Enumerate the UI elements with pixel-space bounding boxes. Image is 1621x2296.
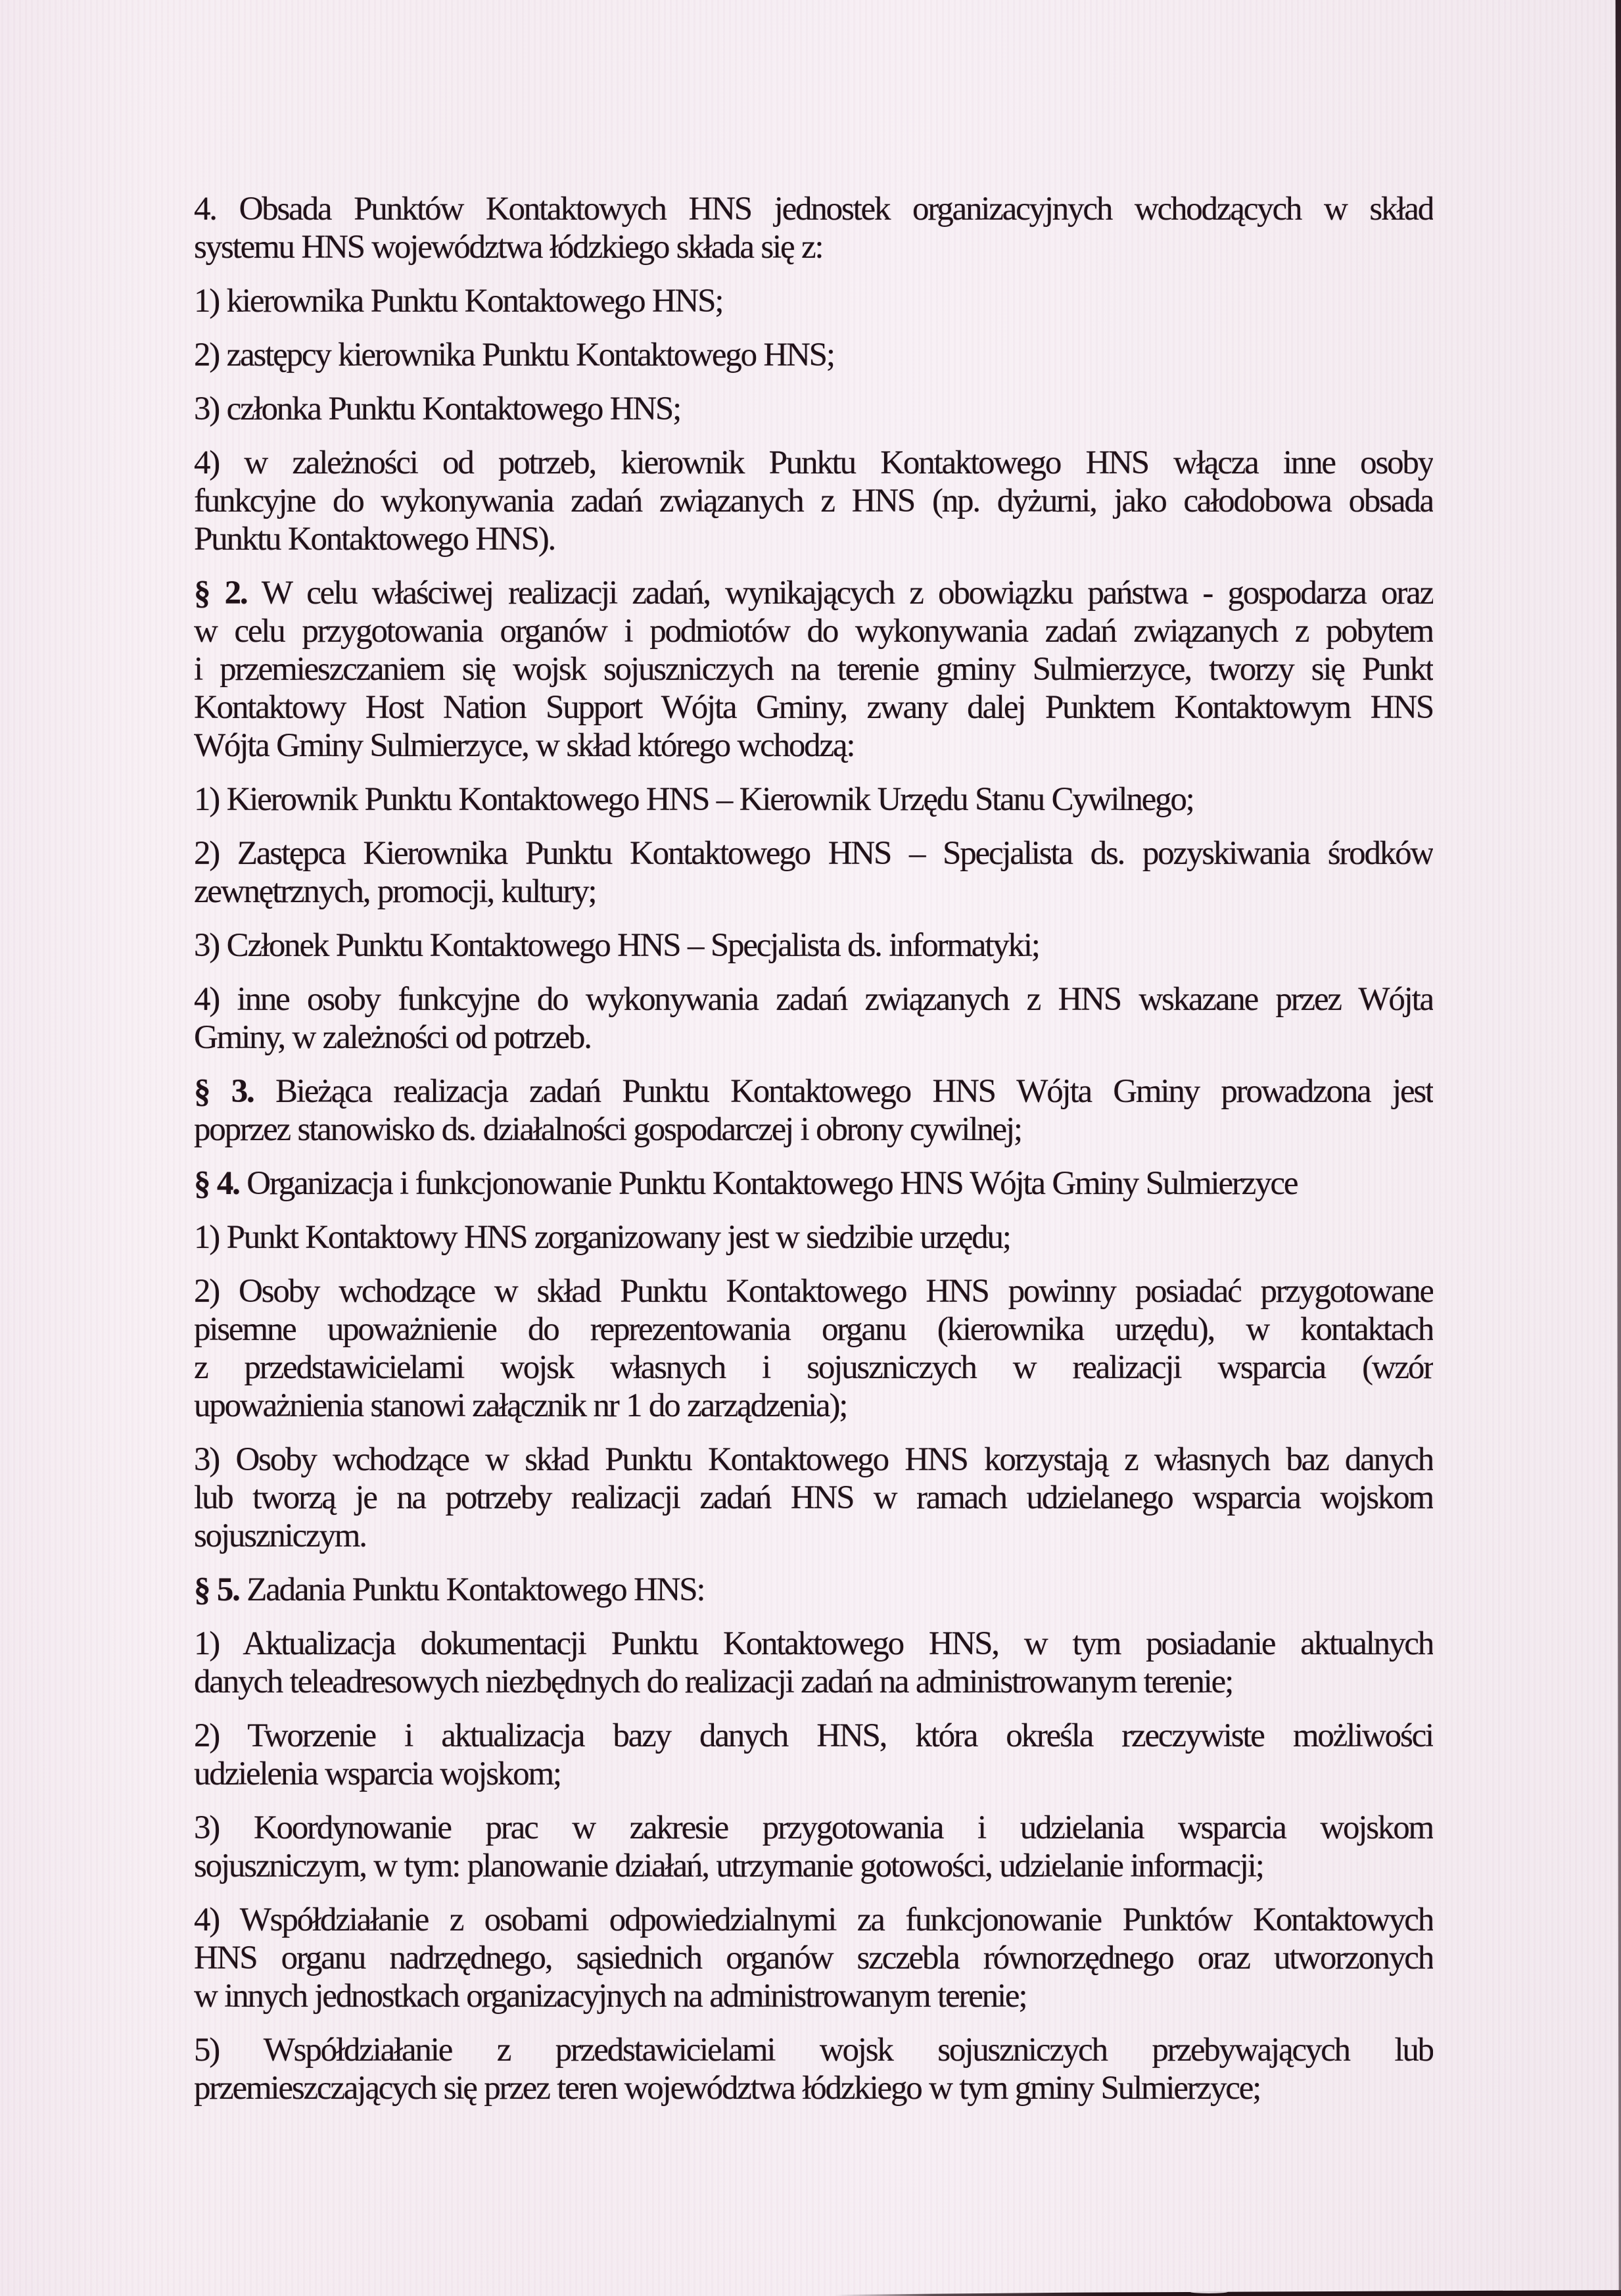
text-line: zewnętrznych, promocji, kultury;: [194, 873, 1433, 911]
paragraph: 1) Punkt Kontaktowy HNS zorganizowany je…: [194, 1218, 1433, 1256]
section-marker: § 2.: [194, 575, 247, 611]
text-line: § 4. Organizacja i funkcjonowanie Punktu…: [194, 1164, 1433, 1203]
paragraph: 4) w zależności od potrzeb, kierownik Pu…: [194, 444, 1433, 558]
paragraph: 3) Członek Punktu Kontaktowego HNS – Spe…: [194, 926, 1433, 965]
text-line: 3) Koordynowanie prac w zakresie przygot…: [194, 1809, 1433, 1847]
paragraph: 2) Tworzenie i aktualizacja bazy danych …: [194, 1717, 1433, 1793]
text-line: 3) członka Punktu Kontaktowego HNS;: [194, 390, 1433, 428]
paragraph: 3) członka Punktu Kontaktowego HNS;: [194, 390, 1433, 428]
text-line: sojuszniczym.: [194, 1517, 1433, 1555]
text-line: 5) Współdziałanie z przedstawicielami wo…: [194, 2031, 1433, 2069]
text-line: Gminy, w zależności od potrzeb.: [194, 1018, 1433, 1057]
text-line: § 5. Zadania Punktu Kontaktowego HNS:: [194, 1571, 1433, 1609]
text-line: 2) Zastępca Kierownika Punktu Kontaktowe…: [194, 834, 1433, 873]
paragraph: 4) inne osoby funkcyjne do wykonywania z…: [194, 980, 1433, 1057]
text-line: 4) Współdziałanie z osobami odpowiedzial…: [194, 1901, 1433, 1939]
text-line: § 2. W celu właściwej realizacji zadań, …: [194, 574, 1433, 612]
scan-edge-artifact: [1613, 0, 1621, 2296]
text-line: danych teleadresowych niezbędnych do rea…: [194, 1663, 1433, 1701]
text-line: § 3. Bieżąca realizacja zadań Punktu Kon…: [194, 1072, 1433, 1111]
text-line: sojuszniczym, w tym: planowanie działań,…: [194, 1847, 1433, 1885]
scan-bottom-artifact: [835, 2290, 1621, 2296]
text-line: funkcyjne do wykonywania zadań związanyc…: [194, 482, 1433, 520]
text-line: Punktu Kontaktowego HNS).: [194, 520, 1433, 558]
text-line: 2) Tworzenie i aktualizacja bazy danych …: [194, 1717, 1433, 1755]
text-line: 2) zastępcy kierownika Punktu Kontaktowe…: [194, 336, 1433, 374]
section-marker: § 4.: [194, 1165, 239, 1202]
paragraph: 2) Zastępca Kierownika Punktu Kontaktowe…: [194, 834, 1433, 911]
text-line: 4. Obsada Punktów Kontaktowych HNS jedno…: [194, 190, 1433, 228]
paragraph: 1) Aktualizacja dokumentacji Punktu Kont…: [194, 1625, 1433, 1701]
text-line: w celu przygotowania organów i podmiotów…: [194, 612, 1433, 650]
paragraph: 3) Osoby wchodzące w skład Punktu Kontak…: [194, 1441, 1433, 1555]
text-line: 3) Osoby wchodzące w skład Punktu Kontak…: [194, 1441, 1433, 1479]
text-line: 3) Członek Punktu Kontaktowego HNS – Spe…: [194, 926, 1433, 965]
paragraph: 1) kierownika Punktu Kontaktowego HNS;: [194, 282, 1433, 320]
text-line: 4) w zależności od potrzeb, kierownik Pu…: [194, 444, 1433, 482]
text-line: lub tworzą je na potrzeby realizacji zad…: [194, 1479, 1433, 1517]
text-line: w innych jednostkach organizacyjnych na …: [194, 1977, 1433, 2015]
text-line: 1) Aktualizacja dokumentacji Punktu Kont…: [194, 1625, 1433, 1663]
paragraph: 1) Kierownik Punktu Kontaktowego HNS – K…: [194, 780, 1433, 819]
text-line: Kontaktowy Host Nation Support Wójta Gmi…: [194, 688, 1433, 727]
paragraph: 4. Obsada Punktów Kontaktowych HNS jedno…: [194, 190, 1433, 266]
paragraph: § 5. Zadania Punktu Kontaktowego HNS:: [194, 1571, 1433, 1609]
paragraph: § 2. W celu właściwej realizacji zadań, …: [194, 574, 1433, 765]
paragraph: 5) Współdziałanie z przedstawicielami wo…: [194, 2031, 1433, 2107]
text-line: pisemne upoważnienie do reprezentowania …: [194, 1310, 1433, 1349]
scan-bottom-notch: [1190, 2290, 1228, 2293]
text-line: udzielenia wsparcia wojskom;: [194, 1755, 1433, 1793]
text-line: 4) inne osoby funkcyjne do wykonywania z…: [194, 980, 1433, 1018]
text-line: HNS organu nadrzędnego, sąsiednich organ…: [194, 1939, 1433, 1977]
text-line: Wójta Gminy Sulmierzyce, w skład którego…: [194, 727, 1433, 765]
text-line: i przemieszczaniem się wojsk sojuszniczy…: [194, 650, 1433, 688]
section-marker: § 5.: [194, 1571, 239, 1608]
section-marker: § 3.: [194, 1073, 254, 1110]
paragraph: 3) Koordynowanie prac w zakresie przygot…: [194, 1809, 1433, 1885]
text-line: przemieszczających się przez teren wojew…: [194, 2069, 1433, 2107]
paragraph: § 4. Organizacja i funkcjonowanie Punktu…: [194, 1164, 1433, 1203]
document-content: 4. Obsada Punktów Kontaktowych HNS jedno…: [194, 190, 1433, 2123]
text-line: systemu HNS województwa łódzkiego składa…: [194, 228, 1433, 266]
paragraph: 2) zastępcy kierownika Punktu Kontaktowe…: [194, 336, 1433, 374]
paragraph: 2) Osoby wchodzące w skład Punktu Kontak…: [194, 1272, 1433, 1425]
document-page: 4. Obsada Punktów Kontaktowych HNS jedno…: [0, 0, 1621, 2296]
text-line: poprzez stanowisko ds. działalności gosp…: [194, 1111, 1433, 1149]
paragraph: § 3. Bieżąca realizacja zadań Punktu Kon…: [194, 1072, 1433, 1149]
text-line: z przedstawicielami wojsk własnych i soj…: [194, 1349, 1433, 1387]
paragraph: 4) Współdziałanie z osobami odpowiedzial…: [194, 1901, 1433, 2015]
text-line: 1) Kierownik Punktu Kontaktowego HNS – K…: [194, 780, 1433, 819]
text-line: upoważnienia stanowi załącznik nr 1 do z…: [194, 1387, 1433, 1425]
text-line: 2) Osoby wchodzące w skład Punktu Kontak…: [194, 1272, 1433, 1310]
text-line: 1) Punkt Kontaktowy HNS zorganizowany je…: [194, 1218, 1433, 1256]
text-line: 1) kierownika Punktu Kontaktowego HNS;: [194, 282, 1433, 320]
